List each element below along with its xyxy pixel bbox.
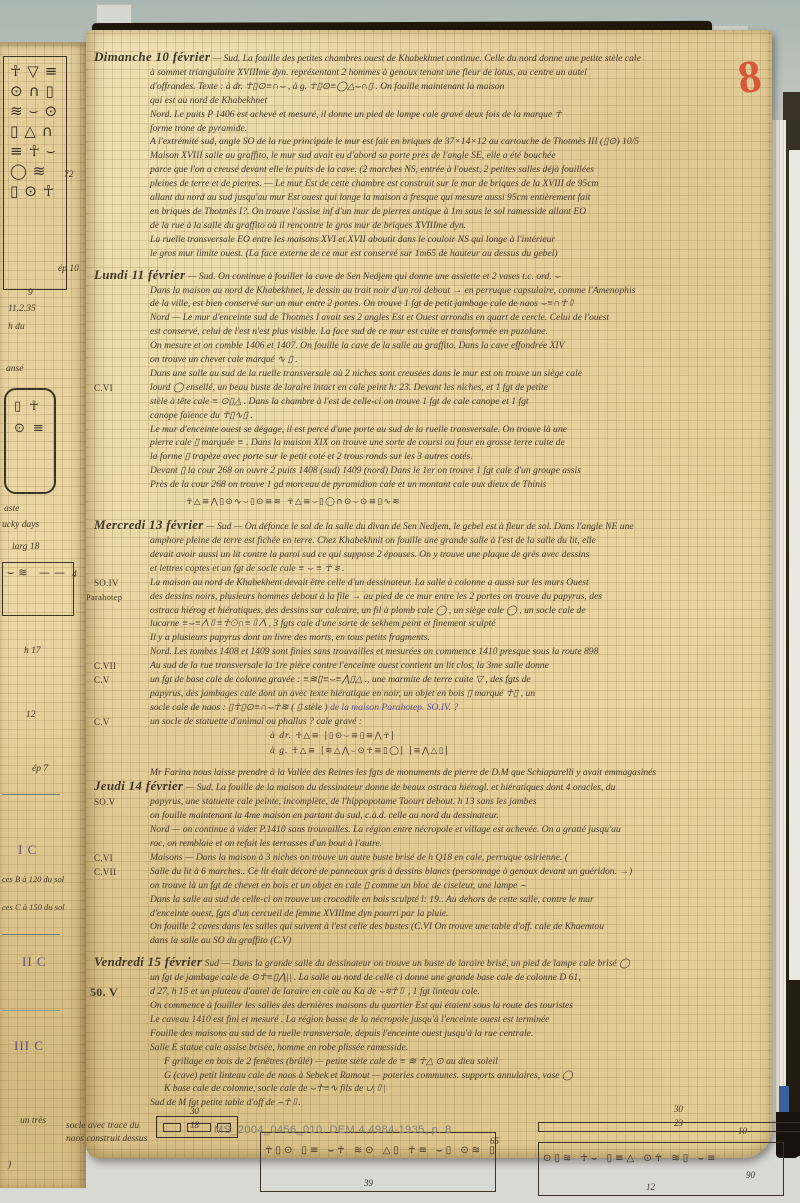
archive-stamp-watermark: MS_2004_0456_010. DEM 4,4984-1935, p. 8 — [214, 1124, 452, 1136]
journal-line: à sommet triangulaire XVIIIme dyn. repré… — [150, 66, 764, 80]
margin-note: ucky days — [2, 520, 39, 530]
handwritten-text: d'offrandes. Texte : à dr. ☥▯⊙≡∩⌣ , à g.… — [150, 81, 504, 92]
measure-label: 23 — [674, 1118, 683, 1128]
margin-label: C.V — [94, 674, 148, 688]
handwritten-text: lucarne ≡⌣≡⋀▯≡☥⊙∩≡▯⋀ , 3 fgts cale d'une… — [150, 618, 496, 629]
journal-line: Devant ▯ la cour 268 on ouvre 2 puits 14… — [150, 464, 764, 478]
measure-label: 30 — [190, 1106, 199, 1116]
handwritten-text: Vendredi 15 février — [94, 954, 202, 969]
journal-line: C.VIMaisons — Dans la maison à 3 niches … — [150, 851, 764, 865]
margin-note: ép 10 — [58, 264, 79, 274]
journal-line: dans la salle au SO du graffito (C.V) — [150, 934, 764, 948]
handwritten-text: en briques de Thotmès I?. On trouve l'as… — [150, 206, 586, 217]
journal-line: Parahotepdes dessins noirs, plusieurs ho… — [150, 590, 764, 604]
journal-line: à g. ☥△≡ |≋△⋀⌣⊙☥≡▯◯| |≡⋀△▯| — [270, 744, 764, 759]
stela-sketch: ⌣≋ —— — [2, 562, 74, 616]
journal-line: SO.IVLa maison au nord de Khabekhent dev… — [150, 576, 764, 590]
journal-line: Nord. Les tombes 1408 et 1409 sont finie… — [150, 645, 764, 659]
hieroglyph-run: ☥△≡ |≋△⋀⌣⊙☥≡▯◯| |≡⋀△▯| — [292, 746, 450, 756]
handwritten-text: la forme ▯ trapèze avec porte sur le pet… — [150, 451, 473, 462]
journal-line: Fouille des maisons au sud de la ruelle … — [150, 1027, 764, 1041]
margin-note: ) — [8, 1160, 11, 1170]
loose-sheet-edge — [789, 150, 800, 980]
cornice-sketch — [538, 1122, 800, 1132]
journal-line: Maison XVIII salle au graffito, le mur s… — [150, 149, 764, 163]
margin-label: SO.IV — [94, 577, 148, 591]
handwritten-text: F grillage en bois de 2 fenêtres (brûlé)… — [164, 1056, 498, 1067]
handwritten-text: Salle E statue cale assise brisée, homme… — [150, 1042, 408, 1053]
divider — [2, 934, 60, 935]
margin-note: h du — [8, 322, 25, 332]
journal-line: Dimanche 10 février — Sud. La fouille de… — [94, 50, 764, 66]
handwritten-text: — Sud. On continue à fouiller la cave de… — [185, 271, 560, 282]
handwritten-text: — Sud. La fouille des petites chambres o… — [210, 53, 641, 64]
scanned-journal-photo: { "page": { "number": "8", "stamp": "MS_… — [0, 0, 800, 1203]
journal-line: un fgt de jambage cale de ⊙☥≡▯⋀|| . La s… — [150, 971, 764, 985]
handwritten-text: Devant ▯ la cour 268 on ouvre 2 puits 14… — [150, 465, 581, 476]
handwritten-text: de la rue à la salle du graffito où il r… — [150, 220, 466, 231]
margin-note: 9 — [28, 288, 33, 298]
journal-line: C.VIlourd ◯ ensellé, un beau buste de la… — [150, 381, 764, 395]
journal-line: Nord — on continue à vider P.1410 sans t… — [150, 823, 764, 837]
journal-line: Vendredi 15 février Sud — Dans la grande… — [94, 955, 764, 971]
margin-note: 12 — [26, 710, 36, 720]
handwritten-text: stèle à tête cale ≡ ⊙▯△ . Dans la chambr… — [150, 396, 529, 407]
handwritten-text: Près de la cour 268 on trouve 1 gd morce… — [150, 479, 546, 490]
handwritten-text: qui est au nord de Khabekhnet — [150, 95, 267, 106]
journal-line: d'enceinte ouest, fgts d'un cercueil de … — [150, 907, 764, 921]
journal-line: Mr Farina nous laisse prendre à la Vallé… — [150, 766, 764, 780]
handwritten-text: à dr. — [270, 730, 295, 741]
handwritten-text: devait avoir aussi un lit contre la paro… — [150, 549, 589, 560]
margin-label: Parahotep — [86, 591, 140, 605]
handwritten-text: lourd ◯ ensellé, un beau buste de larair… — [150, 382, 548, 393]
journal-line: Dans une salle au sud de la ruelle trans… — [150, 367, 764, 381]
handwritten-text: Dans une salle au sud de la ruelle trans… — [150, 368, 582, 379]
journal-line: K base cale de colonne, socle cale de ⌣☥… — [164, 1082, 764, 1096]
journal-line: C.Vun fgt de base cale de colonne gravée… — [150, 673, 764, 687]
handwritten-text: de la ville, est bien conservé sur un mu… — [150, 298, 575, 309]
handwritten-text: roc, on remblaie et on refait les terras… — [150, 838, 382, 849]
journal-line: Le mur d'enceinte ouest se dégage, il es… — [150, 423, 764, 437]
journal-line: On commence à fouiller les salles des de… — [150, 999, 764, 1013]
handwritten-text: canope faïence du ☥▯∿▯ . — [150, 410, 253, 421]
margin-label: C.VII — [94, 866, 148, 880]
hieroglyph-run: ☥△≡⌣▯◯∩⊙⌣⊙≡▯∿≋ — [287, 497, 401, 507]
margin-note: ansé — [6, 364, 23, 374]
margin-label: C.V — [94, 716, 148, 730]
hieroglyph-column: ☥▽≡⊙∩▯≋⌣⊙▯△∩≡☥⌣◯≋▯⊙☥ — [3, 56, 67, 290]
journal-line: devait avoir aussi un lit contre la paro… — [150, 548, 764, 562]
margin-note: 72 — [64, 170, 74, 180]
handwritten-text: La ruelle transversale EO entre les mais… — [150, 234, 555, 245]
journal-line: Près de la cour 268 on trouve 1 gd morce… — [150, 478, 764, 492]
journal-line: Sud de M fgt petite table d'off de ⌢☥▯. — [150, 1096, 764, 1110]
journal-line: et lettres coptes et un fgt de socle cal… — [150, 562, 764, 576]
journal-line: forme trone de pyramide. — [150, 122, 764, 136]
journal-line: le gros mur limite ouest. (La face exter… — [150, 247, 764, 261]
handwritten-text: On fouille 2 caves dans les salles qui s… — [150, 921, 604, 932]
journal-line: Dans la maison au nord de Khabekhnet, le… — [150, 284, 764, 298]
margin-label: C.VI — [94, 852, 148, 866]
handwritten-text: Nord. Le puits P 1406 est achevé et mesu… — [150, 109, 562, 120]
measure-label: 12 — [646, 1182, 655, 1192]
journal-line: papyrus, des jambages cale dont un avec … — [150, 687, 764, 701]
page-stack-edges — [772, 120, 786, 1120]
journal-line: ostraca hiérog et hiératiques, des dessi… — [150, 604, 764, 618]
handwritten-text: un socle de statuette d'animal ou phallu… — [150, 716, 362, 727]
handwritten-text: Mercredi 13 février — [94, 517, 204, 532]
handwritten-text: Il y a plusieurs papyrus dont un livre d… — [150, 632, 430, 643]
margin-label: 50. V — [90, 986, 144, 1000]
journal-line: est conservé, celui de l'est n'est plus … — [150, 325, 764, 339]
journal-entry: Lundi 11 février — Sud. On continue à fo… — [150, 268, 764, 512]
journal-line: ☥△≡⋀▯⊙∿⌣▯⊙≡≋ ☥△≡⌣▯◯∩⊙⌣⊙≡▯∿≋ — [186, 492, 764, 511]
journal-line: on fouille maintenant la 4me maison en p… — [150, 809, 764, 823]
handwritten-text: — Sud — On défonce le sol de la salle du… — [204, 521, 634, 532]
handwritten-text: Maison XVIII salle au graffito, le mur s… — [150, 150, 556, 161]
journal-entries: Dimanche 10 février — Sud. La fouille de… — [150, 50, 764, 1117]
handwritten-text: à g. — [270, 745, 292, 756]
journal-entry: Dimanche 10 février — Sud. La fouille de… — [150, 50, 764, 261]
journal-line: stèle à tête cale ≡ ⊙▯△ . Dans la chambr… — [150, 395, 764, 409]
journal-line: Lundi 11 février — Sud. On continue à fo… — [94, 268, 764, 284]
measure-label: 90 — [746, 1170, 755, 1180]
handwritten-text: parce que l'on a creusé devant elle le p… — [150, 164, 594, 175]
handwritten-text: amphore pleine de terre est fichée en te… — [150, 535, 596, 546]
journal-page: 8 Dimanche 10 février — Sud. La fouille … — [86, 30, 772, 1158]
measure-label: 39 — [364, 1178, 373, 1188]
handwritten-text: Maisons — Dans la maison à 3 niches on t… — [150, 852, 568, 863]
hieroglyph-run: ☥△≡ |▯⊙⌣≡▯≡⋀☥| — [295, 731, 395, 741]
journal-line: C.Vun socle de statuette d'animal ou pha… — [150, 715, 764, 729]
left-page-edge: ☥▽≡⊙∩▯≋⌣⊙▯△∩≡☥⌣◯≋▯⊙☥ 72 ép 10 9 11.2.35 … — [0, 42, 86, 1188]
margin-note: larg 18 — [12, 542, 39, 552]
journal-line: lucarne ≡⌣≡⋀▯≡☥⊙∩≡▯⋀ , 3 fgts cale d'une… — [150, 617, 764, 631]
margin-note: ces C à 150 du sol — [2, 902, 65, 912]
journal-line: en briques de Thotmès I?. On trouve l'as… — [150, 205, 764, 219]
margin-note-purple: I C — [18, 842, 37, 858]
handwritten-text: le gros mur limite ouest. (La face exter… — [150, 248, 558, 259]
journal-line: Salle E statue cale assise brisée, homme… — [150, 1041, 764, 1055]
margin-note: 4 — [72, 570, 77, 580]
handwritten-text: socle cale de naos : ▯☥▯⊙≡∩⌣☥≋ ( ▯ stèle… — [150, 702, 328, 713]
lintel-band-sketch: ⊙▯≋ ☥⌣ ▯≡△ ⊙☥ ≋▯ ⌣≡ — [538, 1142, 784, 1196]
journal-line: d'offrandes. Texte : à dr. ☥▯⊙≡∩⌣ , à g.… — [150, 80, 764, 94]
journal-line: canope faïence du ☥▯∿▯ . — [150, 409, 764, 423]
handwritten-text: d 27, h 15 et un plateau d'autel de lara… — [150, 986, 480, 997]
handwritten-text: Dans la maison au nord de Khabekhnet, le… — [150, 285, 635, 296]
margin-note: 11.2.35 — [8, 304, 36, 314]
handwritten-text: on trouve un chevet cale marqué ∿ ▯ . — [150, 354, 298, 365]
handwritten-text: un fgt de base cale de colonne gravée : … — [150, 674, 531, 685]
handwritten-text: G (cave) petit linteau cale de naos à Se… — [164, 1070, 573, 1081]
journal-line: Jeudi 14 février — Sud. La fouille de la… — [94, 779, 764, 795]
journal-line: parce que l'on a creusé devant elle le p… — [150, 163, 764, 177]
handwritten-text: Fouille des maisons au sud de la ruelle … — [150, 1028, 533, 1039]
handwritten-text: La maison au nord de Khabekhent devait ê… — [150, 577, 589, 588]
handwritten-text: A l'extrémité sud, angle SO de la rue pr… — [150, 136, 639, 147]
margin-note: ép 7 — [32, 764, 48, 774]
journal-line: Le caveau 1410 est fini et mesuré . La r… — [150, 1013, 764, 1027]
journal-line: on trouve là un fgt de chevet en bois et… — [150, 879, 764, 893]
handwritten-text: papyrus, des jambages cale dont un avec … — [150, 688, 535, 699]
journal-line: amphore pleine de terre est fichée en te… — [150, 534, 764, 548]
handwritten-text: Au sud de la rue transversale la 1re piè… — [150, 660, 549, 671]
measure-label: 30 — [674, 1104, 683, 1114]
handwritten-text: Lundi 11 février — [94, 267, 185, 282]
measure-label: 18 — [190, 1120, 199, 1130]
journal-line: Dans la salle au sud de celle-ci on trou… — [150, 893, 764, 907]
handwritten-text: Jeudi 14 février — [94, 778, 183, 793]
margin-label: C.VI — [94, 382, 148, 396]
handwritten-text: Dimanche 10 février — [94, 49, 210, 64]
handwritten-text: K base cale de colonne, socle cale de ⌣☥… — [164, 1083, 385, 1094]
margin-note: h 17 — [24, 646, 41, 656]
handwritten-text: Dans la salle au sud de celle-ci on trou… — [150, 894, 594, 905]
handwritten-text: Nord. Les tombes 1408 et 1409 sont finie… — [150, 646, 598, 657]
journal-line: on trouve un chevet cale marqué ∿ ▯ . — [150, 353, 764, 367]
handwritten-text: et lettres coptes et un fgt de socle cal… — [150, 563, 344, 574]
handwritten-text: de la maison Parahotep. SO.IV. ? — [328, 702, 459, 713]
divider — [2, 794, 60, 795]
handwritten-text: Salle du lit à 6 marches.. Ce lit était … — [150, 866, 632, 877]
handwritten-text: Sud — Dans la grande salle du dessinateu… — [202, 958, 630, 969]
divider — [2, 1010, 60, 1011]
lintel-segment — [163, 1123, 181, 1132]
journal-line: G (cave) petit linteau cale de naos à Se… — [164, 1069, 764, 1083]
journal-line: à dr. ☥△≡ |▯⊙⌣≡▯≡⋀☥| — [270, 729, 764, 744]
journal-line: La ruelle transversale EO entre les mais… — [150, 233, 764, 247]
margin-note-purple: III C — [14, 1038, 44, 1054]
handwritten-text: d'enceinte ouest, fgts d'un cercueil de … — [150, 908, 448, 919]
journal-line: C.VIISalle du lit à 6 marches.. Ce lit é… — [150, 865, 764, 879]
margin-note-purple: II C — [22, 954, 47, 970]
handwritten-text: papyrus, une statuette cale peinte, inco… — [150, 796, 536, 807]
handwritten-text: Nord — on continue à vider P.1410 sans t… — [150, 824, 621, 835]
handwritten-text: Nord — Le mur d'enceinte sud de Thotmès … — [150, 312, 609, 323]
journal-line: pierre cale ▯ marquée ≡ . Dans la maison… — [150, 436, 764, 450]
handwritten-text: Le caveau 1410 est fini et mesuré . La r… — [150, 1014, 549, 1025]
lintel-band-sketch: ☥▯⊙ ▯≡ ⌣☥ ≋⊙ △▯ ☥≡ ⌣▯ ⊙≋ ▯☥ — [260, 1132, 496, 1192]
margin-label: SO.V — [94, 796, 148, 810]
handwritten-text: des dessins noirs, plusieurs hommes debo… — [150, 591, 602, 602]
handwritten-text: Sud de M fgt petite table d'off de ⌢☥▯. — [150, 1097, 301, 1108]
handwritten-text: à sommet triangulaire XVIIIme dyn. repré… — [150, 67, 587, 78]
handwritten-text: On commence à fouiller les salles des de… — [150, 1000, 573, 1011]
journal-line: roc, on remblaie et on refait les terras… — [150, 837, 764, 851]
handwritten-text: Le mur d'enceinte ouest se dégage, il es… — [150, 424, 567, 435]
handwritten-text: on fouille maintenant la 4me maison en p… — [150, 810, 499, 821]
journal-line: SO.Vpapyrus, une statuette cale peinte, … — [150, 795, 764, 809]
handwritten-text: pleines de terre et de pierres. — Le mur… — [150, 178, 598, 189]
handwritten-text: forme trone de pyramide. — [150, 123, 247, 134]
margin-label: C.VII — [94, 660, 148, 674]
journal-line: qui est au nord de Khabekhnet — [150, 94, 764, 108]
measure-label: 10 — [738, 1126, 747, 1136]
sketch-caption: socle avec trace du naos construit dessu… — [66, 1120, 158, 1146]
journal-line: Nord. Le puits P 1406 est achevé et mesu… — [150, 108, 764, 122]
handwritten-text: pierre cale ▯ marquée ≡ . Dans la maison… — [150, 437, 565, 448]
journal-line: On fouille 2 caves dans les salles qui s… — [150, 920, 764, 934]
journal-line: C.VIIAu sud de la rue transversale la 1r… — [150, 659, 764, 673]
journal-entry: Mr Farina nous laisse prendre à la Vallé… — [150, 766, 764, 949]
journal-line: 50. Vd 27, h 15 et un plateau d'autel de… — [150, 985, 764, 999]
handwritten-text: On mesure et on comble 1406 et 1407. On … — [150, 340, 565, 351]
handwritten-text: allant du nord au sud jusqu'au mur Est o… — [150, 192, 590, 203]
hieroglyph-run: ☥△≡⋀▯⊙∿⌣▯⊙≡≋ — [186, 497, 282, 507]
journal-line: On mesure et on comble 1406 et 1407. On … — [150, 339, 764, 353]
margin-note: aste — [4, 504, 19, 514]
journal-line: Nord — Le mur d'enceinte sud de Thotmès … — [150, 311, 764, 325]
handwritten-text: ostraca hiérog et hiératiques, des dessi… — [150, 605, 586, 616]
handwritten-text: un fgt de jambage cale de ⊙☥≡▯⋀|| . La s… — [150, 972, 581, 983]
handwritten-text: — Sud. La fouille de la maison du dessin… — [183, 782, 615, 793]
bookmark-edge — [779, 1086, 789, 1112]
journal-entry: Vendredi 15 février Sud — Dans la grande… — [150, 955, 764, 1110]
journal-line: Mercredi 13 février — Sud — On défonce l… — [94, 518, 764, 534]
journal-entry: Mercredi 13 février — Sud — On défonce l… — [150, 518, 764, 758]
journal-line: F grillage en bois de 2 fenêtres (brûlé)… — [164, 1055, 764, 1069]
journal-line: allant du nord au sud jusqu'au mur Est o… — [150, 191, 764, 205]
margin-note: ces B à 120 du sol — [2, 874, 64, 884]
measure-label: 65 — [490, 1136, 499, 1146]
journal-line: de la rue à la salle du graffito où il r… — [150, 219, 764, 233]
journal-line: la forme ▯ trapèze avec porte sur le pet… — [150, 450, 764, 464]
handwritten-text: dans la salle au SO du graffito (C.V) — [150, 935, 291, 946]
journal-line: pleines de terre et de pierres. — Le mur… — [150, 177, 764, 191]
handwritten-text: est conservé, celui de l'est n'est plus … — [150, 326, 548, 337]
journal-line: Il y a plusieurs papyrus dont un livre d… — [150, 631, 764, 645]
journal-line: de la ville, est bien conservé sur un mu… — [150, 297, 764, 311]
cartouche-sketch: ▯☥⊙≡ — [4, 388, 56, 494]
handwritten-text: Mr Farina nous laisse prendre à la Vallé… — [150, 767, 656, 778]
margin-note: un très — [20, 1116, 46, 1126]
journal-line: socle cale de naos : ▯☥▯⊙≡∩⌣☥≋ ( ▯ stèle… — [150, 701, 764, 715]
handwritten-text: on trouve là un fgt de chevet en bois et… — [150, 880, 526, 891]
journal-line: A l'extrémité sud, angle SO de la rue pr… — [150, 135, 764, 149]
